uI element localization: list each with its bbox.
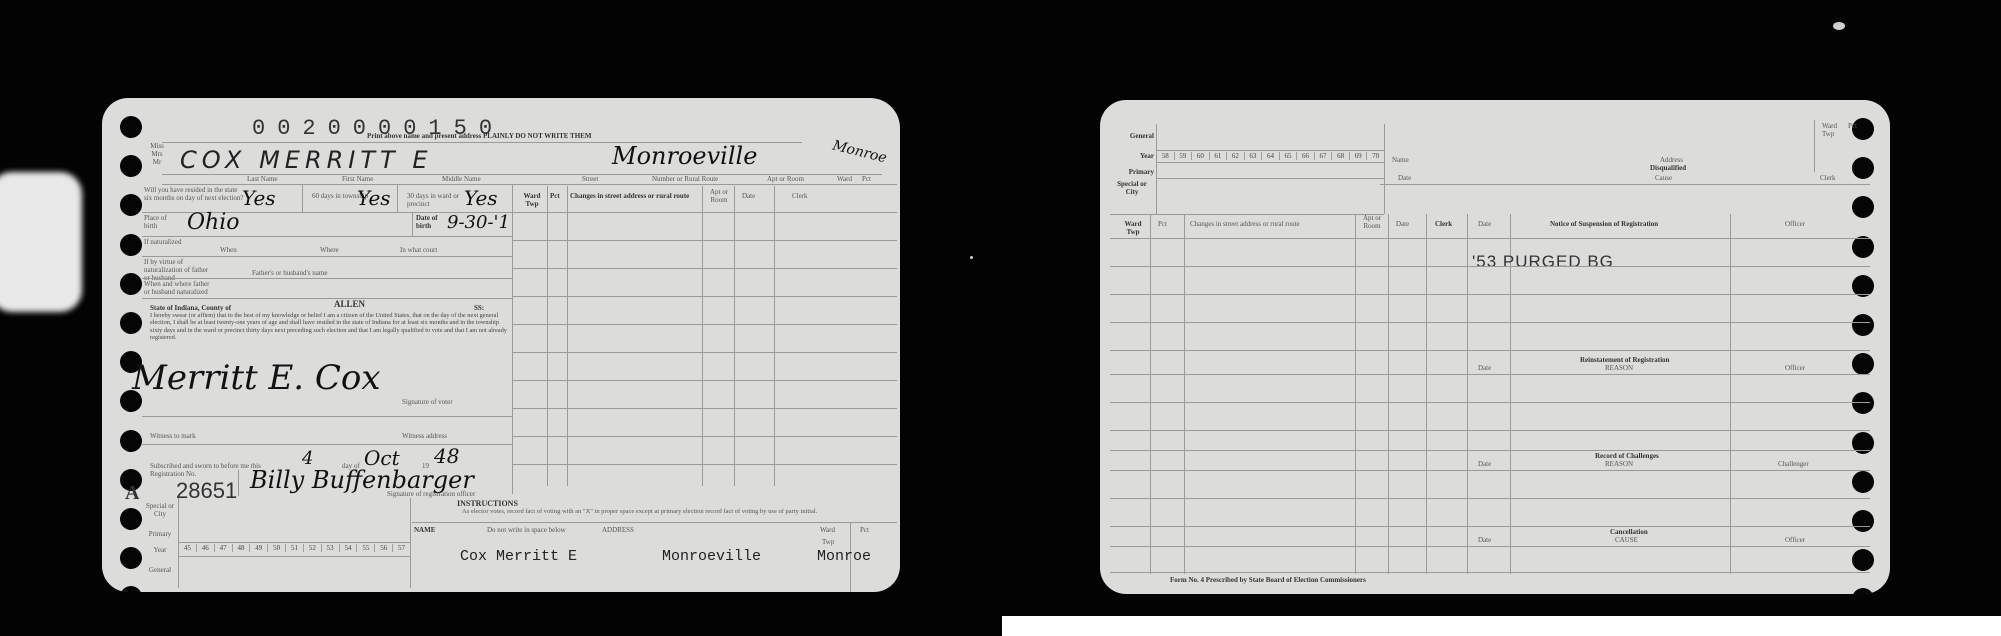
row-general: General (1110, 132, 1154, 140)
footer-address-label: ADDRESS (602, 526, 634, 534)
header-changes: Changes in street address or rural route (570, 192, 700, 200)
row-year: Year (142, 546, 178, 554)
township-answer: Yes (357, 186, 391, 210)
header-pct: Pct (550, 192, 560, 200)
street-label: Street (582, 175, 598, 183)
typed-voter-name: Cox Merritt E (460, 548, 577, 565)
footer-name-label: NAME (414, 526, 435, 534)
header-apt: Apt or Room (1358, 214, 1386, 230)
scan-border-strip (1002, 616, 2001, 636)
last-name-label: Last Name (247, 175, 278, 183)
place-of-birth-label: Place of birth (144, 214, 180, 230)
challenges-title: Record of Challenges (1595, 452, 1659, 460)
voter-name-handwritten: COX MERRITT E (180, 146, 433, 174)
registration-card-back: General Year Primary Special or City 585… (1100, 100, 1890, 594)
registrar-label: Signature of registration officer (387, 490, 475, 498)
reinstatement-reason-label: REASON (1605, 364, 1633, 372)
disq-ward-label: Ward Twp (1822, 122, 1846, 138)
registration-no-label: Registration No. (150, 470, 196, 478)
back-year-row: 58596061626364656667686970 (1156, 152, 1384, 160)
oath-ss: SS: (474, 304, 484, 312)
salutation-options: Miss Mrs Mr (147, 142, 167, 166)
ward-label: Ward (837, 175, 852, 183)
footer-twp-label: Twp (822, 538, 834, 546)
footer-ward-label: Ward (820, 526, 835, 534)
father-naturalized-label: When and where father or husband natural… (144, 280, 214, 296)
disq-title: Disqualified (1650, 164, 1686, 172)
witness-mark-label: Witness to mark (150, 432, 196, 440)
row-general: General (142, 566, 178, 574)
header-clerk: Clerk (792, 192, 808, 200)
subscribed-label: Subscribed and sworn to before me this (150, 462, 261, 470)
naturalized-court-label: In what court (400, 246, 437, 254)
back-voting-grid: General Year Primary Special or City 585… (1110, 124, 1390, 214)
scan-stage: 0020000150 Print above name and present … (0, 0, 2001, 636)
front-change-table: Ward Twp Pct Changes in street address o… (512, 186, 897, 486)
naturalized-label: If naturalized (144, 238, 194, 246)
reinstatement-title: Reinstatement of Registration (1580, 356, 1669, 364)
oath-county: ALLEN (334, 300, 365, 308)
cancellation-officer-label: Officer (1785, 536, 1805, 544)
disq-date-label: Date (1398, 174, 1411, 182)
header-date: Date (1396, 220, 1409, 228)
header-ward-twp: Ward Twp (518, 192, 546, 208)
row-special-city: Special or City (142, 502, 178, 518)
header-apt: Apt or Room (705, 188, 733, 204)
header-pct: Pct (1158, 220, 1167, 228)
form-footer: Form No. 4 Prescribed by State Board of … (1170, 576, 1366, 584)
header-instruction: Print above name and present address PLA… (367, 132, 787, 140)
challenges-reason-label: REASON (1605, 460, 1633, 468)
date-of-birth: 9-30-'1 (447, 212, 510, 233)
voter-signature: Merritt E. Cox (132, 358, 381, 398)
disq-address-label: Address (1660, 156, 1683, 164)
registration-card-front: 0020000150 Print above name and present … (102, 98, 900, 592)
resided-state-answer: Yes (242, 186, 276, 210)
footer-pct-label: Pct (860, 526, 869, 534)
back-change-table: Ward Twp Pct Changes in street address o… (1110, 214, 1870, 574)
footer-do-not-write: Do not write in space below (487, 526, 566, 534)
fathers-name-label: Father's or husband's name (252, 269, 327, 277)
header-changes: Changes in street address or rural route (1190, 220, 1350, 228)
typed-address: Monroeville (662, 548, 761, 565)
punch-holes-left (120, 116, 142, 592)
reinstatement-date-label: Date (1478, 364, 1491, 372)
witness-address-label: Witness address (402, 432, 447, 440)
disq-pct-label: Pct (1848, 122, 1857, 130)
disq-clerk-label: Clerk (1820, 174, 1836, 182)
row-primary: Primary (142, 530, 178, 538)
first-name-label: First Name (342, 175, 373, 183)
blurred-card-tab (0, 172, 82, 312)
cancellation-date-label: Date (1478, 536, 1491, 544)
ward-question: 30 days in ward or precinct (407, 192, 467, 208)
date-of-birth-label: Date of birth (416, 214, 448, 230)
subscribed-year: 48 (434, 444, 459, 468)
challenges-date-label: Date (1478, 460, 1491, 468)
place-of-birth: Ohio (187, 210, 240, 235)
naturalized-where-label: Where (320, 246, 339, 254)
suspension-title: Notice of Suspension of Registration (1550, 220, 1658, 228)
front-year-row: 45464748495051525354555657 (178, 544, 410, 552)
number-label: Number or Rural Route (652, 175, 718, 183)
typed-township: Monroe (817, 548, 871, 565)
film-speck (970, 256, 973, 259)
township-handwritten: Monroe (831, 138, 888, 167)
cancellation-cause-label: CAUSE (1615, 536, 1638, 544)
suspension-officer-label: Officer (1785, 220, 1805, 228)
signature-label: Signature of voter (402, 398, 453, 406)
purged-stamp: '53 PURGED BG (1472, 252, 1614, 272)
row-primary: Primary (1110, 168, 1154, 176)
naturalized-when-label: When (220, 246, 237, 254)
series-letter: A (125, 482, 139, 505)
ward-answer: Yes (464, 186, 498, 210)
instructions-text: As elector votes, record fact of voting … (462, 508, 882, 515)
disq-name-label: Name (1392, 156, 1409, 164)
address-handwritten: Monroeville (612, 142, 757, 170)
resided-state-question: Will you have resided in the state six m… (144, 186, 244, 202)
row-special-city: Special or City (1110, 180, 1154, 196)
instructions-title: INSTRUCTIONS (457, 500, 518, 508)
disq-cause-label: Cause (1655, 174, 1672, 182)
oath-text: I hereby swear (or affirm) that to the b… (150, 312, 510, 341)
oath-state: State of Indiana, County of (150, 304, 231, 312)
film-speck (1833, 22, 1845, 30)
front-voting-grid: Special or City Primary Year General 454… (142, 498, 412, 588)
reinstatement-officer-label: Officer (1785, 364, 1805, 372)
header-date: Date (742, 192, 755, 200)
apt-label: Apt or Room (767, 175, 804, 183)
header-clerk: Clerk (1435, 220, 1452, 228)
row-year: Year (1110, 152, 1154, 160)
pct-label: Pct (862, 175, 871, 183)
middle-name-label: Middle Name (442, 175, 481, 183)
suspension-date-label: Date (1478, 220, 1491, 228)
challenger-label: Challenger (1778, 460, 1809, 468)
cancellation-title: Cancellation (1610, 528, 1648, 536)
header-ward-twp: Ward Twp (1118, 220, 1148, 236)
